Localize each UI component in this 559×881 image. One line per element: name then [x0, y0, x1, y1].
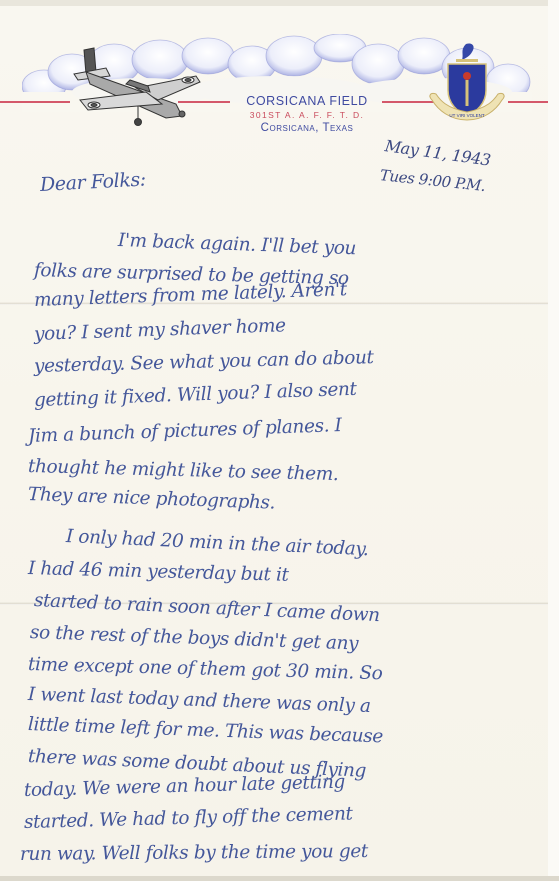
letterhead-title: CORSICANA FIELD: [232, 94, 382, 109]
letter-line: you? I sent my shaver home: [34, 315, 286, 345]
letter-line: run way. Well folks by the time you get: [20, 841, 368, 865]
letterhead-rule-right: [508, 101, 548, 103]
crest-motto: UT VIRI VOLENT: [449, 113, 484, 118]
letter-line: started. We had to fly off the cement: [24, 803, 353, 833]
letter-line: They are nice photographs.: [28, 484, 276, 514]
letter-line: little time left for me. This was becaus…: [28, 714, 384, 747]
letter-line: time except one of them got 30 min. So: [28, 654, 383, 684]
letterhead-location: Corsicana, Texas: [232, 121, 382, 135]
letter-line: so the rest of the boys didn't get any: [30, 622, 359, 654]
letter-line: I only had 20 min in the air today.: [66, 526, 369, 560]
letter-line: I'm back again. I'll bet you: [118, 230, 357, 259]
letter-line: I had 46 min yesterday but it: [28, 558, 289, 586]
letterhead-text: CORSICANA FIELD 301ST A. A. F. F. T. D. …: [232, 94, 382, 135]
letterhead-unit: 301ST A. A. F. F. T. D.: [232, 109, 382, 121]
letter-line: I went last today and there was only a: [28, 684, 371, 717]
letter-line: started to rain soon after I came down: [34, 590, 381, 626]
letter-line: today. We were an hour late getting: [24, 772, 346, 801]
letter-salutation: Dear Folks:: [39, 168, 146, 196]
scan-right-edge: [548, 0, 559, 881]
scan-bottom-edge: [0, 876, 559, 881]
letter-line: thought he might like to see them.: [28, 456, 339, 485]
letter-line: getting it fixed. Will you? I also sent: [34, 379, 357, 411]
letter-page: CORSICANA FIELD 301ST A. A. F. F. T. D. …: [0, 6, 548, 878]
letterhead-rule-left: [0, 101, 70, 103]
letter-line: many letters from me lately. Aren't: [34, 279, 347, 311]
airplane-icon: [66, 42, 206, 126]
letter-line: yesterday. See what you can do about: [34, 347, 374, 377]
letter-time: Tues 9:00 P.M.: [379, 166, 486, 195]
letter-date: May 11, 1943: [384, 136, 492, 170]
unit-crest-icon: UT VIRI VOLENT: [426, 42, 508, 124]
letter-line: Jim a bunch of pictures of planes. I: [28, 415, 342, 447]
